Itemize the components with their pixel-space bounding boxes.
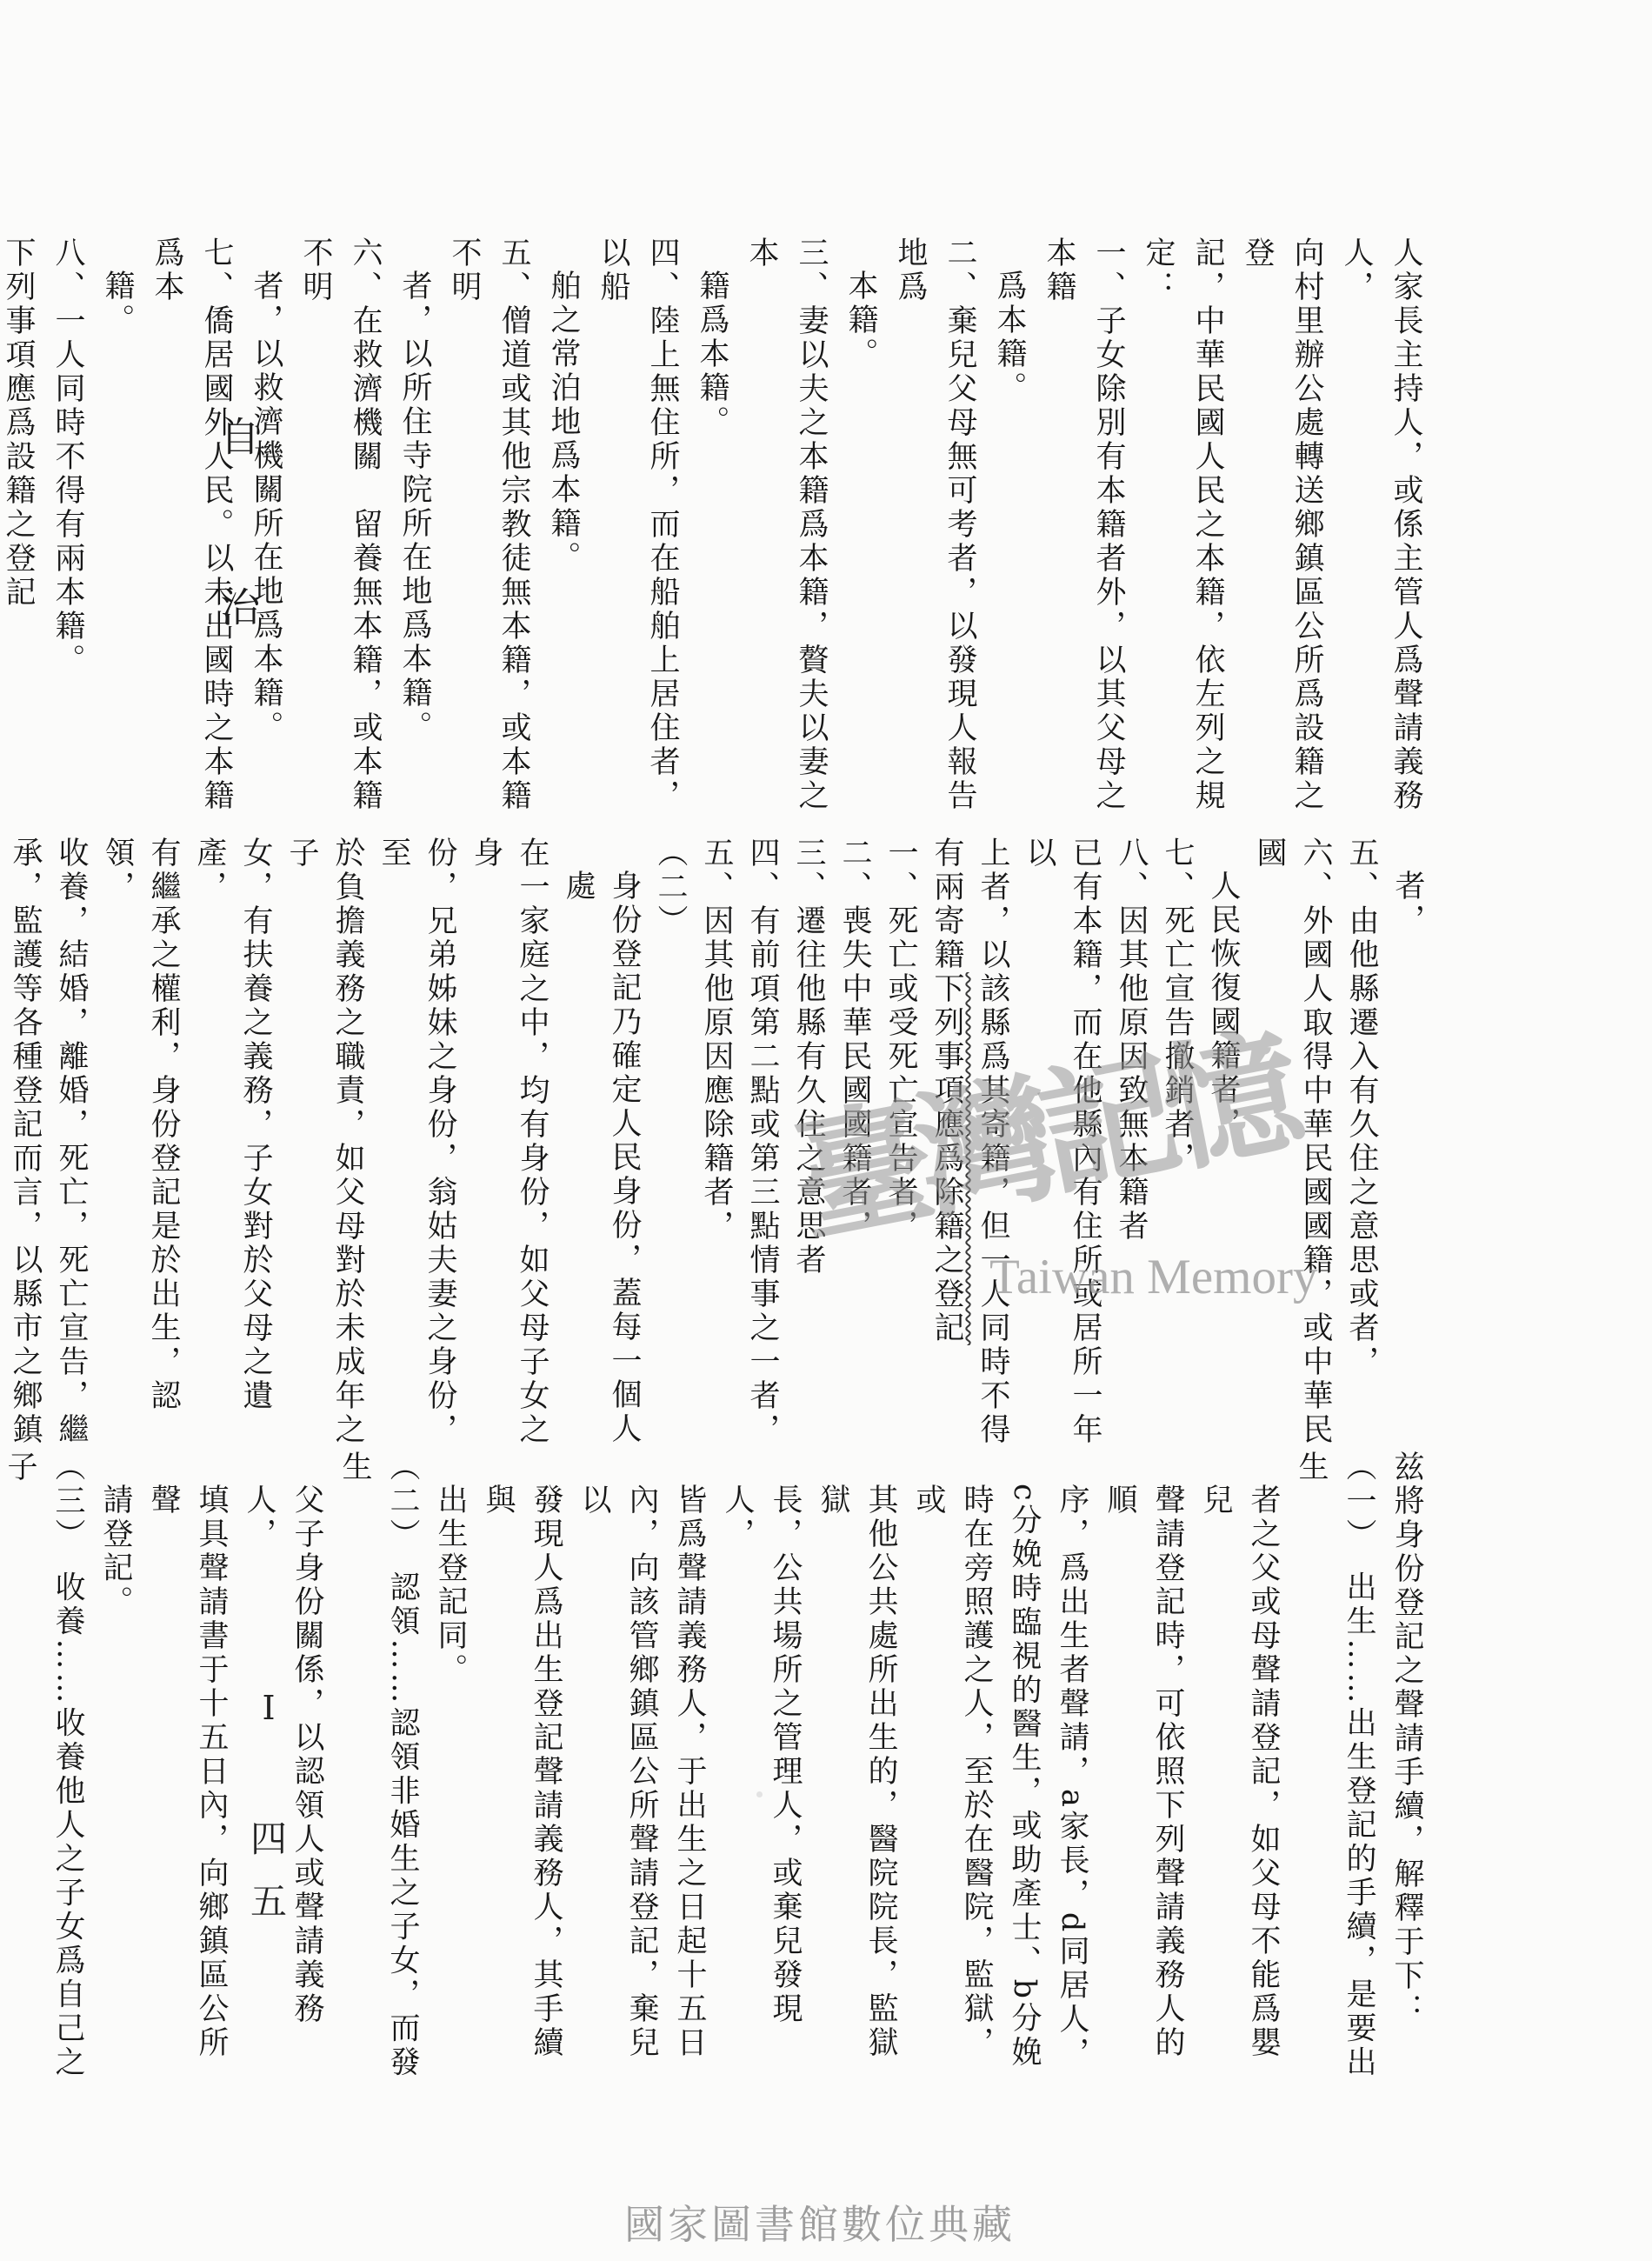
text-column: 向村里辦公處轉送鄉鎮區公所爲設籍之登 [1232,237,1331,837]
text-band-bottom: 兹將身份登記之聲請手續，解釋于下：（一） 出生……出生登記的手續，是要出生者之父… [248,1451,1430,2080]
text-column: （三） 收養……收養他人之子女爲自己之子 [0,1451,91,2080]
text-column: 五、因其他原因應除籍者， [693,837,739,1456]
text-column: 女，有扶養之義務，子女對於父母之遺產， [186,837,278,1456]
page-number-char: 四 [250,1811,287,1863]
footer-caption: 國家圖書館數位典藏 [624,2193,1016,2251]
text-column: （二） 認領……認領非婚生之子女，而發生 [330,1451,426,2080]
text-column: 請登記。 [91,1451,139,2080]
scan-speck [756,1791,763,1797]
text-column: 一、子女除別有本籍者外，以其父母之本籍 [1034,237,1133,837]
text-column: c分娩時臨視的醫生，或助產士、b分娩 [1000,1451,1048,2080]
text-column: 二、棄兒父母無可考者，以發現人報告地爲 [885,237,984,837]
text-band-top: 人家長主持人，或係主管人爲聲請義務人，向村里辦公處轉送鄉鎮區公所爲設籍之登記，中… [248,237,1430,837]
scan-speck [1304,557,1309,562]
page-number-roman: Ⅰ [263,1689,276,1727]
text-column: （一） 出生……出生登記的手續，是要出生 [1287,1451,1382,2080]
text-column: 於負擔義務之職責，如父母對於未成年之子 [278,837,370,1456]
text-column: 四、有前項第二點或第三點情事之一者， [739,837,785,1456]
text-column: 份，兄弟姊妹之身份，翁姑夫妻之身份，至 [370,837,463,1456]
text-column: 四、陸上無住所，而在船舶上居住者，以船 [588,237,687,837]
text-column: 五、僧道或其他宗教徒無本籍，或本籍不明 [439,237,538,837]
text-column: 內，向該管鄉鎮區公所聲請登記，棄兒以 [570,1451,665,2080]
text-column: 者，以所住寺院所在地爲本籍。 [390,237,439,837]
text-column: 長，公共場所之管理人，或棄兒發現人， [713,1451,809,2080]
text-column: 本籍。 [836,237,885,837]
text-column: 爲本籍。 [984,237,1034,837]
text-column: 五、由他縣遷入有久住之意思或者， [1338,837,1384,1456]
text-column: 出生登記同。 [426,1451,474,2080]
text-column: 時在旁照護之人，至於在醫院，監獄，或 [904,1451,1000,2080]
text-column: 皆爲聲請義務人，于出生之日起十五日 [665,1451,713,2080]
text-column: 身份登記乃確定人民身份，蓋每一個人處 [555,837,647,1456]
text-column: 籍爲本籍。 [687,237,736,837]
scan-speck [365,661,372,668]
text-column: 者， [1384,837,1430,1456]
text-column: 下列事項應爲設籍之登記 [0,237,43,837]
text-column: 六、在救濟機關 留養無本籍，或本籍不明 [290,237,390,837]
text-column: 三、妻以夫之本籍爲本籍，贅夫以妻之本 [736,237,836,837]
text-column: 序，爲出生者聲請，a家長，d同居人， [1048,1451,1096,2080]
text-column: 籍。 [92,237,142,837]
text-column: 八、一人同時不得有兩本籍。 [43,237,92,837]
text-column: 收養，結婚，離婚，死亡，死亡宣告，繼 [48,837,94,1456]
scanned-document-page: 人家長主持人，或係主管人爲聲請義務人，向村里辦公處轉送鄉鎮區公所爲設籍之登記，中… [0,0,1652,2261]
text-column: （二） [647,837,693,1456]
text-column: 人家長主持人，或係主管人爲聲請義務人， [1331,237,1430,837]
text-column: 兹將身份登記之聲請手續，解釋于下： [1382,1451,1430,2080]
page-number-char: 五 [250,1873,287,1925]
text-column: 者之父或母聲請登記，如父母不能爲嬰兒 [1191,1451,1287,2080]
text-column: 記，中華民國人民之本籍，依左列之規定： [1133,237,1232,837]
text-column: 在一家庭之中，均有身份，如父母子女之身 [463,837,555,1456]
text-column: 承，監護等各種登記而言，以縣市之鄉鎮區 [0,837,48,1456]
text-column: 其他公共處所出生的，醫院院長，監獄獄 [809,1451,904,2080]
text-column: 填具聲請書于十五日內，向鄉鎮區公所聲 [139,1451,235,2080]
text-column: 發現人爲出生登記聲請義務人，其手續與 [474,1451,570,2080]
text-column: 舶之常泊地爲本籍。 [538,237,588,837]
page-number: Ⅰ 四 五 [250,1689,287,1936]
section-running-head: 自治 [209,416,266,757]
watermark-latin-text: Taiwan Memory [989,1249,1318,1305]
text-column: 聲請登記時，可依照下列聲請義務人的順 [1096,1451,1191,2080]
text-column: 有繼承之權利，身份登記是於出生，認領， [94,837,186,1456]
